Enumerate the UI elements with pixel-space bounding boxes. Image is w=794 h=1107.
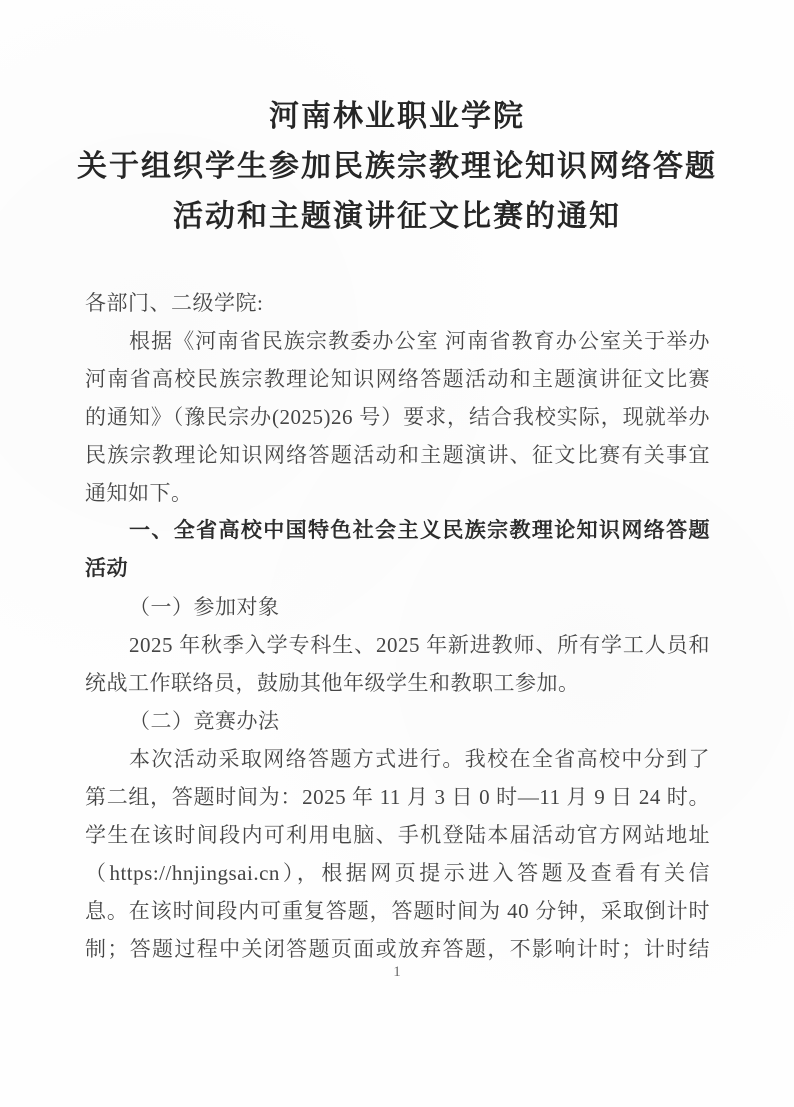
subheading-block: （二）竞赛办法 [85,702,710,740]
paragraph-block: 2025 年秋季入学专科生、2025 年新进教师、所有学工人员和统战工作联络员，… [85,626,710,702]
page-number: 1 [0,960,794,984]
paragraph-line: 民族宗教理论知识网络答题活动和主题演讲、征文比赛有关事宜 [85,436,710,474]
paragraph-block: 根据《河南省民族宗教委办公室 河南省教育办公室关于举办河南省高校民族宗教理论知识… [85,322,710,512]
title-line-2: 关于组织学生参加民族宗教理论知识网络答题 [40,142,754,192]
salutation-line: 各部门、二级学院: [85,284,710,322]
paragraph-line: 的通知》（豫民宗办(2025)26 号）要求，结合我校实际，现就举办 [85,398,710,436]
subheading-line: （二）竞赛办法 [85,702,710,740]
paragraph-line: 根据《河南省民族宗教委办公室 河南省教育办公室关于举办 [85,322,710,360]
subheading-line: （一）参加对象 [85,588,710,626]
paragraph-line: 第二组，答题时间为：2025 年 11 月 3 日 0 时—11 月 9 日 2… [85,778,710,816]
subheading-block: （一）参加对象 [85,588,710,626]
paragraph-line: 2025 年秋季入学专科生、2025 年新进教师、所有学工人员和 [85,626,710,664]
document-body: 各部门、二级学院:根据《河南省民族宗教委办公室 河南省教育办公室关于举办河南省高… [85,284,710,968]
document-title: 河南林业职业学院 关于组织学生参加民族宗教理论知识网络答题 活动和主题演讲征文比… [40,92,754,242]
heading-line: 活动 [85,550,710,588]
heading-block: 一、全省高校中国特色社会主义民族宗教理论知识网络答题活动 [85,512,710,588]
heading-line: 一、全省高校中国特色社会主义民族宗教理论知识网络答题 [85,512,710,550]
paragraph-line: 通知如下。 [85,474,710,512]
paragraph-line: （https://hnjingsai.cn），根据网页提示进入答题及查看有关信 [85,854,710,892]
document-page: 河南林业职业学院 关于组织学生参加民族宗教理论知识网络答题 活动和主题演讲征文比… [0,0,794,1107]
paragraph-block: 本次活动采取网络答题方式进行。我校在全省高校中分到了第二组，答题时间为：2025… [85,740,710,968]
paragraph-line: 学生在该时间段内可利用电脑、手机登陆本届活动官方网站地址 [85,816,710,854]
title-line-3: 活动和主题演讲征文比赛的通知 [40,192,754,242]
title-line-1: 河南林业职业学院 [40,92,754,142]
paragraph-line: 息。在该时间段内可重复答题，答题时间为 40 分钟，采取倒计时 [85,892,710,930]
paragraph-line: 河南省高校民族宗教理论知识网络答题活动和主题演讲征文比赛 [85,360,710,398]
salutation-block: 各部门、二级学院: [85,284,710,322]
paragraph-line: 统战工作联络员，鼓励其他年级学生和教职工参加。 [85,664,710,702]
paragraph-line: 本次活动采取网络答题方式进行。我校在全省高校中分到了 [85,740,710,778]
